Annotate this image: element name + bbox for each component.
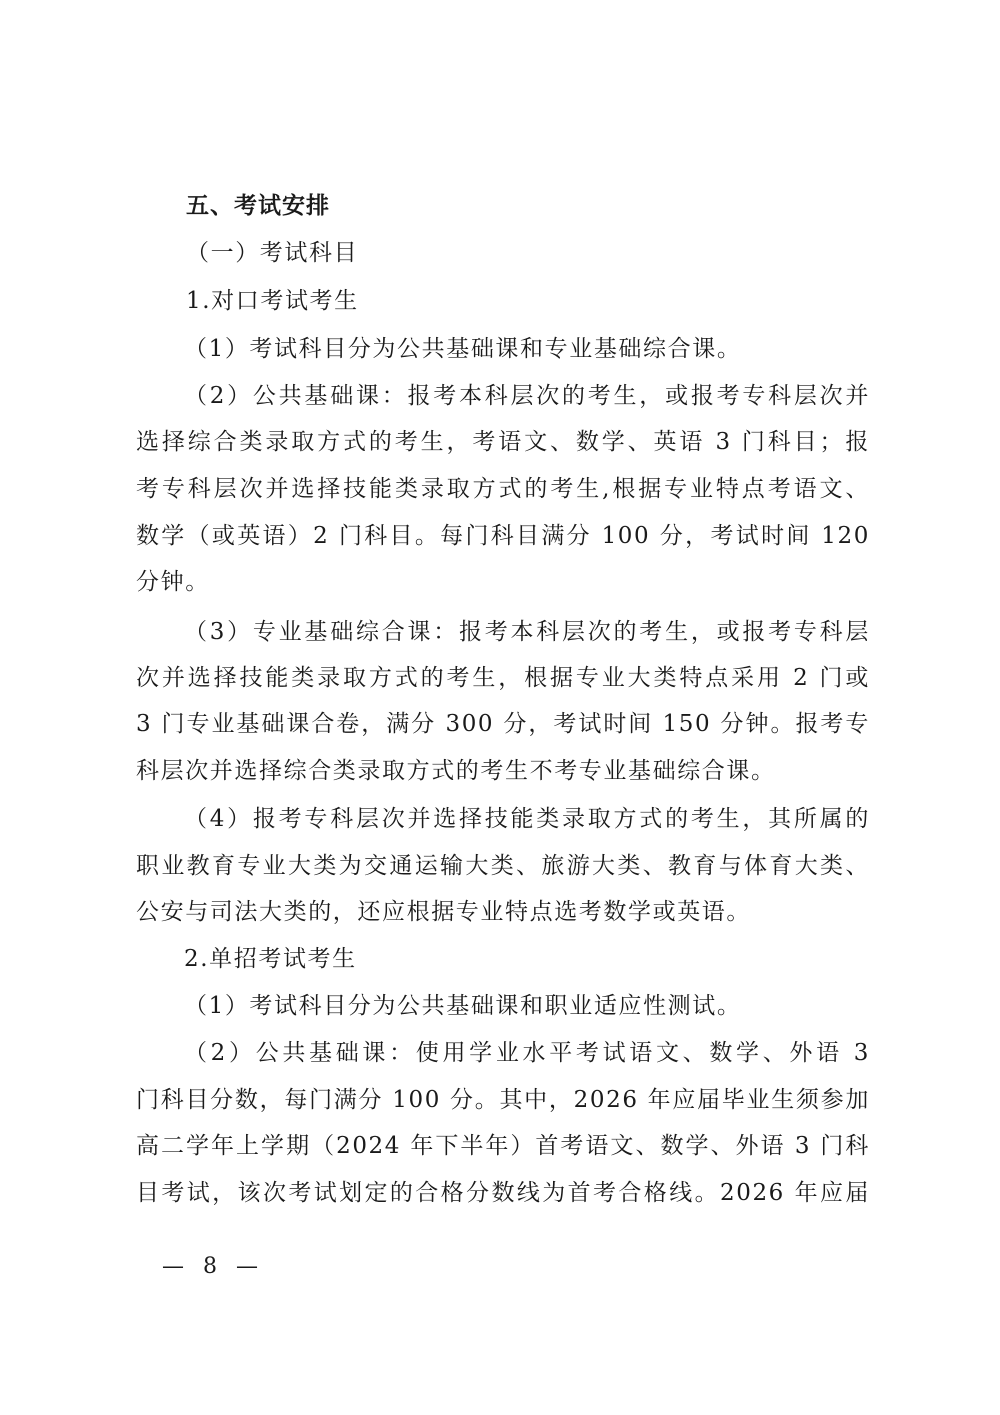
part1-item3-line1: （3）专业基础综合课：报考本科层次的考生，或报考专科层 [184,617,870,647]
document-page: 五、考试安排 （一）考试科目 1.对口考试考生 （1）考试科目分为公共基础课和专… [0,0,1000,1415]
part2-item2-line3: 高二学年上学期（2024 年下半年）首考语文、数学、外语 3 门科 [136,1131,870,1161]
part2-title: 2.单招考试考生 [184,944,870,974]
part1-item2-line3: 考专科层次并选择技能类录取方式的考生,根据专业特点考语文、 [136,474,870,504]
part1-item3-line3: 3 门专业基础课合卷，满分 300 分，考试时间 150 分钟。报考专 [136,709,870,739]
part1-item2-line1: （2）公共基础课：报考本科层次的考生，或报考专科层次并 [184,381,870,411]
subsection-heading: （一）考试科目 [186,238,920,268]
part2-item2-line2: 门科目分数，每门满分 100 分。其中，2026 年应届毕业生须参加 [136,1085,870,1115]
part1-item2-line4: 数学（或英语）2 门科目。每门科目满分 100 分，考试时间 120 [136,521,870,551]
part2-item2-line1: （2）公共基础课：使用学业水平考试语文、数学、外语 3 [184,1038,870,1068]
section-heading: 五、考试安排 [186,191,920,221]
part1-item1: （1）考试科目分为公共基础课和专业基础综合课。 [184,334,870,364]
part1-title: 1.对口考试考生 [186,286,920,316]
part2-item2-line4: 目考试，该次考试划定的合格分数线为首考合格线。2026 年应届 [136,1178,870,1208]
part1-item4-line3: 公安与司法大类的，还应根据专业特点选考数学或英语。 [136,897,870,927]
part1-item3-line4: 科层次并选择综合类录取方式的考生不考专业基础综合课。 [136,756,870,786]
part1-item3-line2: 次并选择技能类录取方式的考生，根据专业大类特点采用 2 门或 [136,663,870,693]
part2-item1: （1）考试科目分为公共基础课和职业适应性测试。 [184,991,870,1021]
page-number: — 8 — [162,1252,264,1282]
part1-item2-line5: 分钟。 [136,567,870,597]
part1-item4-line1: （4）报考专科层次并选择技能类录取方式的考生，其所属的 [184,804,870,834]
part1-item2-line2: 选择综合类录取方式的考生，考语文、数学、英语 3 门科目；报 [136,427,870,457]
part1-item4-line2: 职业教育专业大类为交通运输大类、旅游大类、教育与体育大类、 [136,851,870,881]
